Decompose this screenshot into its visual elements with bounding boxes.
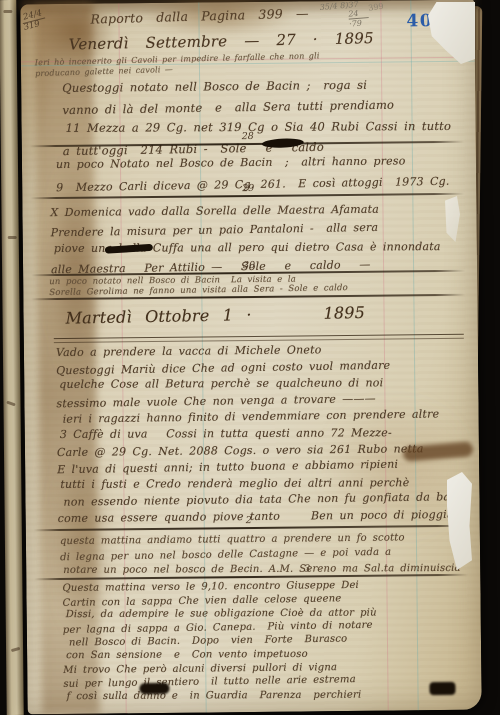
- ink-fragment: [3, 10, 12, 13]
- entry-date-year: 1895: [323, 303, 365, 323]
- day-number: 2: [246, 515, 252, 526]
- ink-smudge: [139, 683, 169, 694]
- entry-body: Questa mattina verso le 9,10. encontro G…: [62, 579, 374, 705]
- pencil-number-faint: 399: [368, 2, 384, 13]
- pencil-line: ·79: [349, 18, 370, 29]
- pencil-calculation: 35/4 8)37 24 ·79: [319, 0, 369, 31]
- day-number: 28: [242, 131, 254, 142]
- scanned-manuscript: { "m": { "page_number": "403", "report_l…: [0, 0, 500, 715]
- manuscript-line: con San sensione e Con vento impetuoso: [66, 647, 377, 662]
- entry-body: Questoggi notato nell Bosco de Bacin ; r…: [62, 74, 448, 160]
- day-number: 3: [304, 563, 310, 574]
- day-number: 29: [242, 183, 254, 194]
- entry-body: Vado a prendere la vacca di Michele Onet…: [56, 341, 466, 528]
- corner-ink-mark: [429, 682, 455, 695]
- entry-body-small: un poco notato nell Bosco di Bacin La vi…: [49, 274, 348, 297]
- manuscript-page: 24/4 319 Raporto dalla Pagina 399 — 35/4…: [20, 0, 481, 714]
- interlinear-note: Ieri hò incenerito gli Cavoli per impedi…: [35, 51, 320, 77]
- entry-body: questa mattina andiamo tutti quattro a p…: [60, 530, 458, 579]
- previous-page-edge: [0, 0, 24, 715]
- manuscript-line: f così sulla danno e in Guardia Parenza …: [67, 688, 378, 703]
- ink-fragment: [6, 401, 15, 407]
- margin-fraction-note: 24/4 319: [20, 9, 47, 33]
- entry-date-text: Martedì Ottobre 1 ·: [65, 305, 251, 328]
- manuscript-line: 3 Caffè di uva Cossi in tutta questi ann…: [60, 425, 468, 444]
- ink-fragment: [8, 236, 17, 239]
- report-from-page-line: Raporto dalla Pagina 399 —: [90, 5, 309, 26]
- entry-date-heading: Martedì Ottobre 1 · 1895: [65, 301, 465, 328]
- ink-fragment: [11, 647, 20, 652]
- day-number: 30: [243, 260, 255, 271]
- entry-date-heading: Venerdì Settembre — 27 · 1895: [69, 29, 374, 53]
